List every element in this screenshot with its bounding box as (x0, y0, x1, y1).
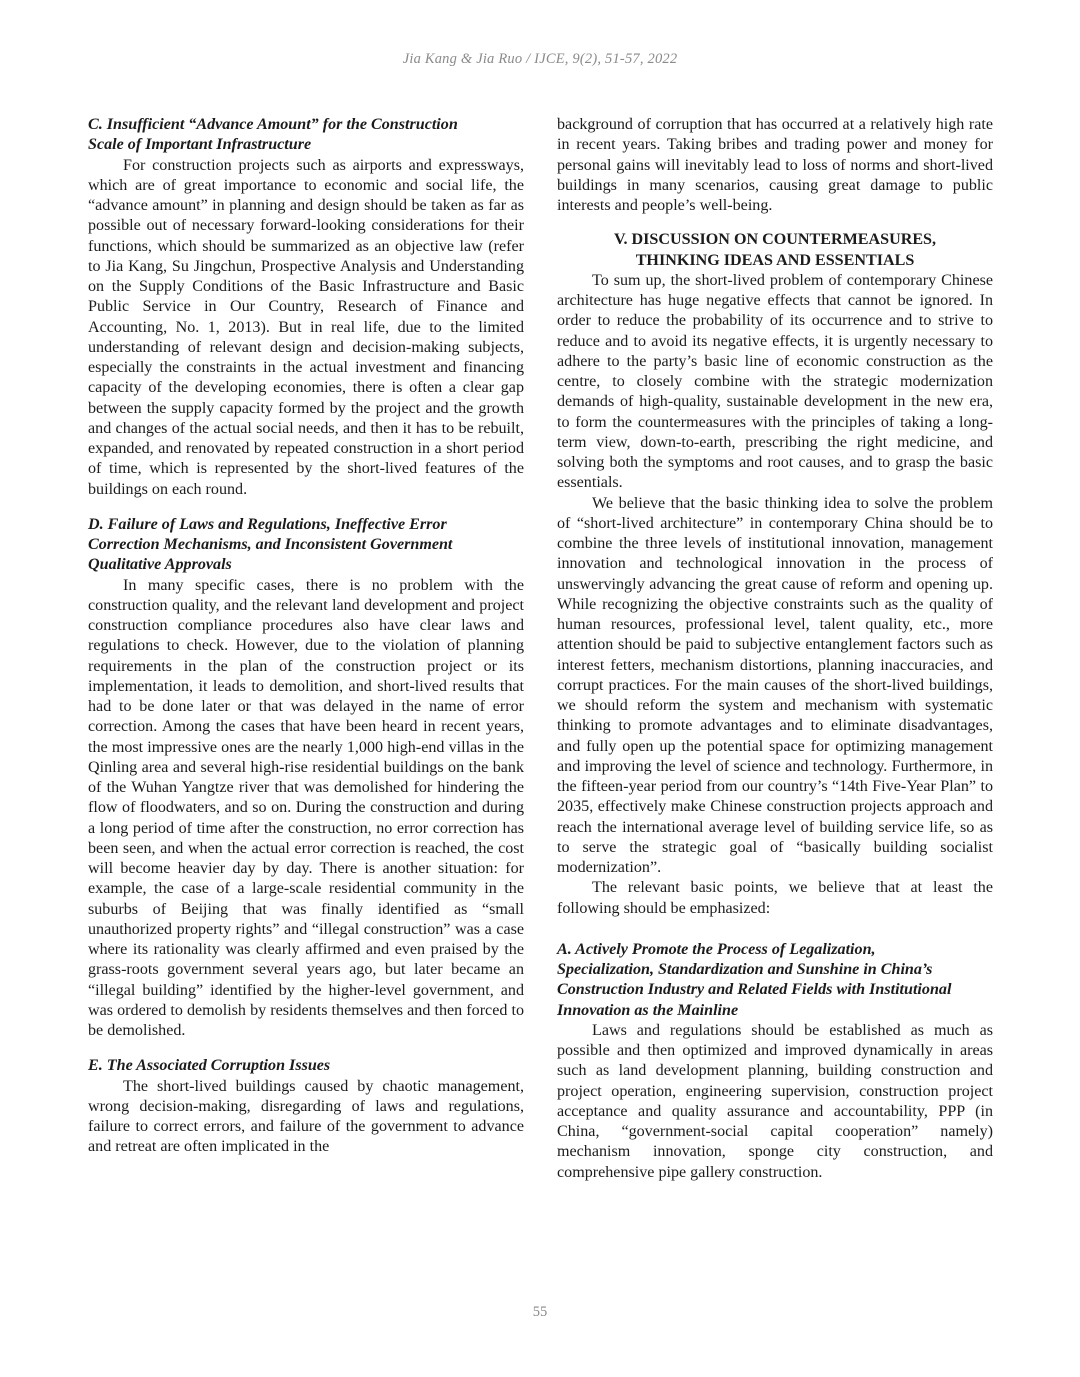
section-c-paragraph: For construction projects such as airpor… (88, 156, 524, 500)
spacer (557, 216, 993, 230)
left-column: C. Insufficient “Advance Amount” for the… (88, 115, 524, 1158)
section-e-heading: E. The Associated Corruption Issues (88, 1056, 524, 1076)
section-a-heading-line4: Innovation as the Mainline (557, 1001, 993, 1021)
running-head: Jia Kang & Jia Ruo / IJCE, 9(2), 51-57, … (0, 51, 1080, 68)
page-number: 55 (0, 1304, 1080, 1321)
section-e: E. The Associated Corruption Issues The … (88, 1056, 524, 1157)
spacer (88, 500, 524, 515)
section-d-paragraph: In many specific cases, there is no prob… (88, 576, 524, 1042)
section-c-heading-line2: Scale of Important Infrastructure (88, 135, 524, 155)
spacer (88, 1041, 524, 1056)
section-e-continuation: background of corruption that has occurr… (557, 115, 993, 216)
right-column: background of corruption that has occurr… (557, 115, 993, 1183)
section-a-heading-line1: A. Actively Promote the Process of Legal… (557, 940, 993, 960)
section-d-heading-line3: Qualitative Approvals (88, 555, 524, 575)
section-v-heading: V. DISCUSSION ON COUNTERMEASURES, THINKI… (557, 230, 993, 271)
section-v-paragraph-3: The relevant basic points, we believe th… (557, 878, 993, 919)
section-a: A. Actively Promote the Process of Legal… (557, 940, 993, 1183)
section-v: V. DISCUSSION ON COUNTERMEASURES, THINKI… (557, 230, 993, 919)
section-v-paragraph-2: We believe that the basic thinking idea … (557, 494, 993, 879)
section-d: D. Failure of Laws and Regulations, Inef… (88, 515, 524, 1042)
section-d-heading-line1: D. Failure of Laws and Regulations, Inef… (88, 515, 524, 535)
section-a-heading-line3: Construction Industry and Related Fields… (557, 980, 993, 1000)
section-c: C. Insufficient “Advance Amount” for the… (88, 115, 524, 500)
section-d-heading-line2: Correction Mechanisms, and Inconsistent … (88, 535, 524, 555)
section-e-paragraph: The short-lived buildings caused by chao… (88, 1077, 524, 1158)
section-v-paragraph-1: To sum up, the short-lived problem of co… (557, 271, 993, 494)
section-v-heading-line2: THINKING IDEAS AND ESSENTIALS (557, 251, 993, 271)
section-v-heading-line1: V. DISCUSSION ON COUNTERMEASURES, (557, 230, 993, 250)
section-a-paragraph: Laws and regulations should be establish… (557, 1021, 993, 1183)
spacer (557, 919, 993, 940)
section-a-heading-line2: Specialization, Standardization and Suns… (557, 960, 993, 980)
section-a-heading: A. Actively Promote the Process of Legal… (557, 940, 993, 1021)
section-c-heading: C. Insufficient “Advance Amount” for the… (88, 115, 524, 156)
section-d-heading: D. Failure of Laws and Regulations, Inef… (88, 515, 524, 576)
section-c-heading-line1: C. Insufficient “Advance Amount” for the… (88, 115, 524, 135)
